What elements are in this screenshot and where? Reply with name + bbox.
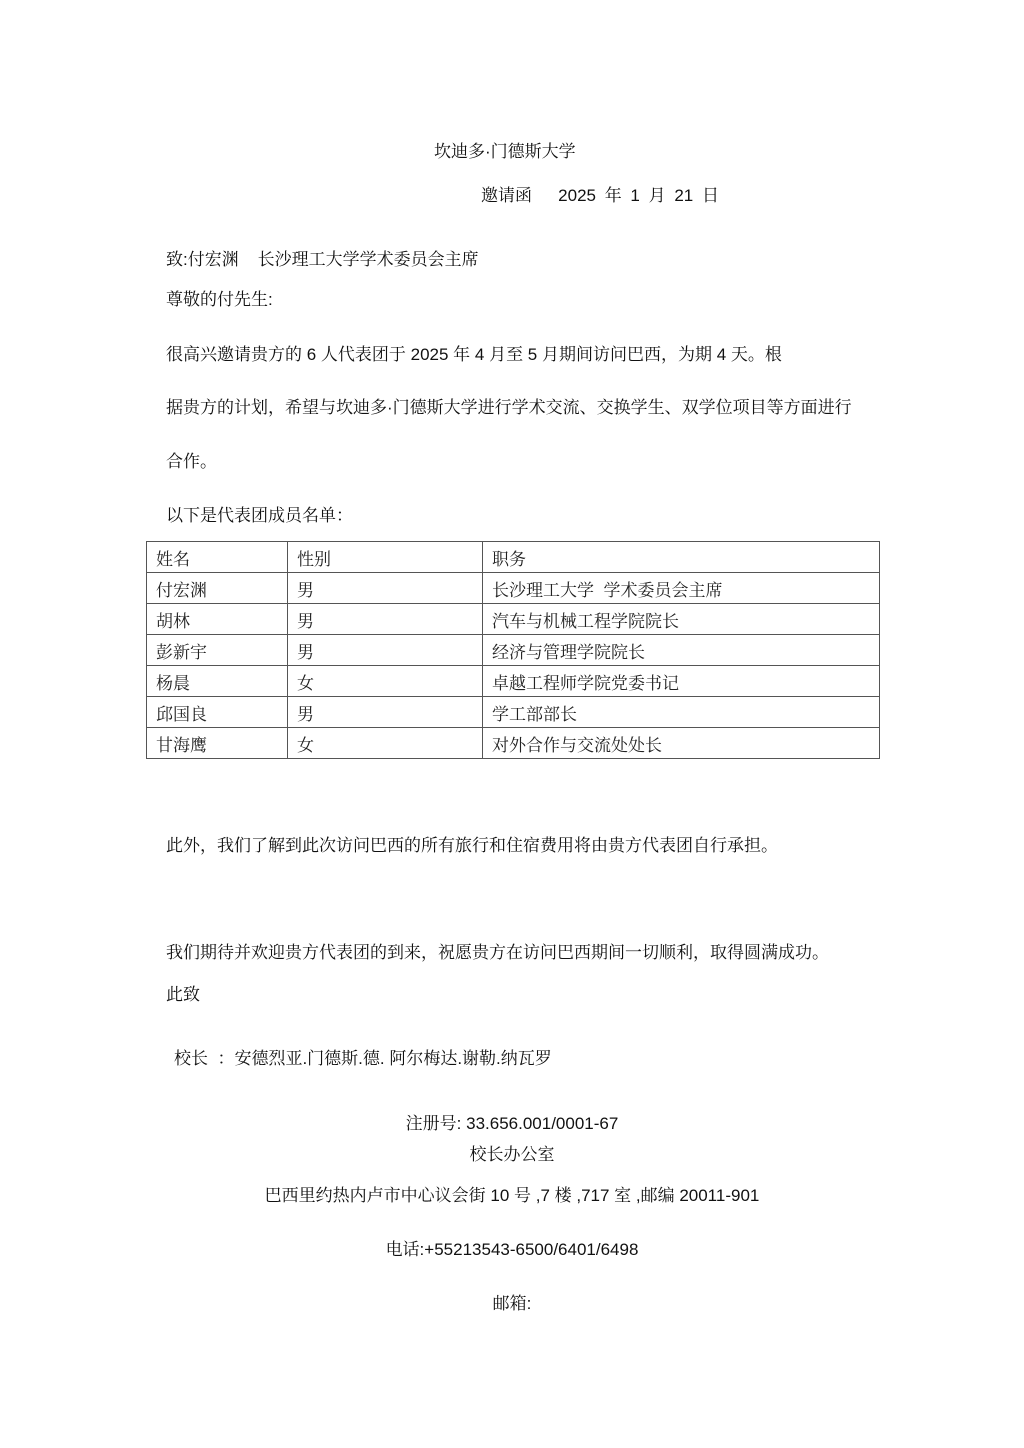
signer-line: 校长 ：安德烈亚.门德斯.德. 阿尔梅达.谢勒.纳瓦罗 xyxy=(174,1049,552,1069)
member-name: 付宏渊 xyxy=(147,573,288,604)
salutation: 尊敬的付先生: xyxy=(166,290,273,310)
member-name: 甘海鹰 xyxy=(147,728,288,759)
body-paragraph-line: 很高兴邀请贵方的 6 人代表团于 2025 年 4 月至 5 月期间访问巴西，为… xyxy=(166,345,782,365)
table-header-row: 姓名 性别 职务 xyxy=(147,542,880,573)
member-gender: 女 xyxy=(288,666,483,697)
member-position: 汽车与机械工程学院院长 xyxy=(483,604,880,635)
header-position: 职务 xyxy=(483,542,880,573)
header-gender: 性别 xyxy=(288,542,483,573)
expenses-note: 此外，我们了解到此次访问巴西的所有旅行和住宿费用将由贵方代表团自行承担。 xyxy=(166,836,778,856)
member-name: 彭新宇 xyxy=(147,635,288,666)
recipient-line: 致:付宏渊 长沙理工大学学术委员会主席 xyxy=(166,250,479,270)
closing-salutation: 此致 xyxy=(166,985,200,1005)
member-name: 邱国良 xyxy=(147,697,288,728)
closing-wishes: 我们期待并欢迎贵方代表团的到来，祝愿贵方在访问巴西期间一切顺利，取得圆满成功。 xyxy=(166,943,829,963)
university-name: 坎迪多·门德斯大学 xyxy=(434,142,576,162)
delegation-members-table: 姓名 性别 职务 付宏渊 男 长沙理工大学 学术委员会主席 胡林 男 汽车与机械… xyxy=(146,541,880,759)
table-row: 胡林 男 汽车与机械工程学院院长 xyxy=(147,604,880,635)
letter-title-date: 邀请函 2025 年 1 月 21 日 xyxy=(481,186,719,206)
email-label: 邮箱: xyxy=(0,1294,1024,1314)
body-paragraph-line: 合作。 xyxy=(166,452,217,472)
member-position: 对外合作与交流处处长 xyxy=(483,728,880,759)
member-gender: 男 xyxy=(288,635,483,666)
member-position: 长沙理工大学 学术委员会主席 xyxy=(483,573,880,604)
member-gender: 男 xyxy=(288,697,483,728)
member-name: 杨晨 xyxy=(147,666,288,697)
member-list-intro: 以下是代表团成员名单： xyxy=(166,506,353,526)
office-name: 校长办公室 xyxy=(0,1145,1024,1165)
body-paragraph-line: 据贵方的计划，希望与坎迪多·门德斯大学进行学术交流、交换学生、双学位项目等方面进… xyxy=(166,398,852,418)
member-position: 经济与管理学院院长 xyxy=(483,635,880,666)
table-row: 甘海鹰 女 对外合作与交流处处长 xyxy=(147,728,880,759)
member-name: 胡林 xyxy=(147,604,288,635)
header-name: 姓名 xyxy=(147,542,288,573)
member-gender: 男 xyxy=(288,604,483,635)
member-gender: 男 xyxy=(288,573,483,604)
member-position: 卓越工程师学院党委书记 xyxy=(483,666,880,697)
phone-number: 电话:+55213543-6500/6401/6498 xyxy=(0,1240,1024,1260)
registration-number: 注册号: 33.656.001/0001-67 xyxy=(0,1114,1024,1134)
office-address: 巴西里约热内卢市中心议会街 10 号 ,7 楼 ,717 室 ,邮编 20011… xyxy=(0,1186,1024,1206)
member-gender: 女 xyxy=(288,728,483,759)
table-row: 杨晨 女 卓越工程师学院党委书记 xyxy=(147,666,880,697)
table-row: 彭新宇 男 经济与管理学院院长 xyxy=(147,635,880,666)
table-row: 付宏渊 男 长沙理工大学 学术委员会主席 xyxy=(147,573,880,604)
member-position: 学工部部长 xyxy=(483,697,880,728)
table-row: 邱国良 男 学工部部长 xyxy=(147,697,880,728)
